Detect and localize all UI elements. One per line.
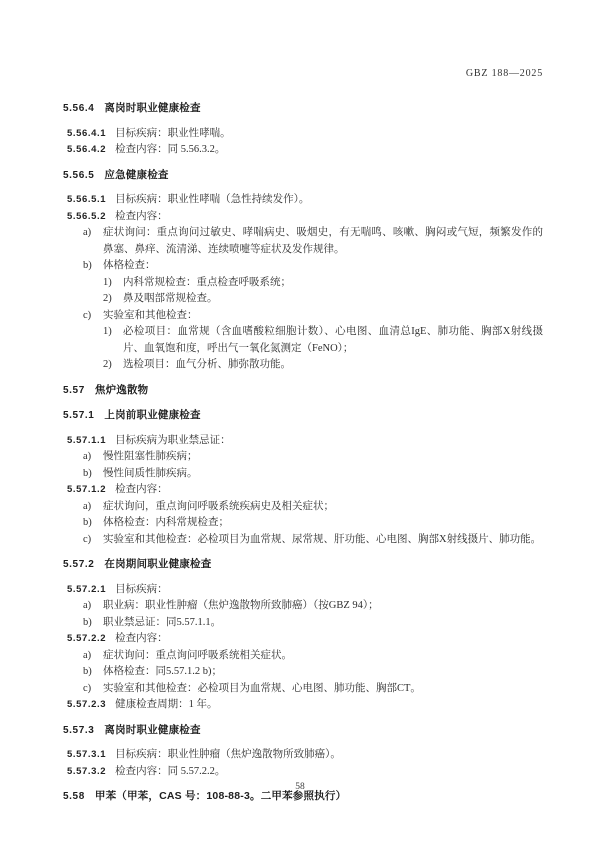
clause-text: 检查内容：同 5.57.2.2。: [115, 766, 225, 777]
clause-number: 5.57.2.3: [67, 699, 106, 710]
item-label: b): [83, 615, 92, 632]
list-item: b)体格检查：内科常规检查；: [83, 515, 543, 532]
section-title: 离岗时职业健康检查: [104, 102, 200, 114]
sub-list-item: 1)内科常规检查：重点检查呼吸系统；: [103, 275, 543, 292]
list-item: c)实验室和其他检查：必检项目为血常规、尿常规、肝功能、心电图、胸部X射线摄片、…: [83, 532, 543, 549]
clause-text: 选检项目：血气分析、肺弥散功能。: [123, 359, 291, 370]
sub-list-item: 2)选检项目：血气分析、肺弥散功能。: [103, 357, 543, 374]
clause-number: 5.56.4: [63, 103, 94, 114]
clause-text: 实验室和其他检查：: [103, 310, 198, 321]
item-label: a): [83, 648, 91, 665]
list-item: b)体格检查：同5.57.1.2 b)；: [83, 664, 543, 681]
clause-text: 目标疾病：职业性哮喘（急性持续发作）。: [115, 194, 309, 205]
item-label: a): [83, 225, 91, 242]
clause-text: 目标疾病：职业性肿瘤（焦炉逸散物所致肺癌）。: [115, 749, 341, 760]
item-label: a): [83, 598, 91, 615]
clause-number: 5.57.3.1: [67, 749, 106, 760]
list-item: a)慢性阻塞性肺疾病；: [83, 449, 543, 466]
section-title: 在岗期间职业健康检查: [104, 558, 211, 570]
clause-line: 5.57.2.2检查内容：: [67, 631, 543, 648]
item-label: c): [83, 532, 91, 549]
clause-number: 5.57.1.2: [67, 484, 106, 495]
clause-text: 检查内容：同 5.56.3.2。: [115, 144, 225, 155]
list-item: b)体格检查：: [83, 258, 543, 275]
clause-text: 慢性间质性肺疾病。: [103, 468, 198, 479]
clause-number: 5.56.4.2: [67, 144, 106, 155]
item-label: 2): [103, 291, 112, 308]
list-item: a)职业病：职业性肿瘤（焦炉逸散物所致肺癌）（按GBZ 94）；: [83, 598, 543, 615]
clause-text: 职业禁忌证：同5.57.1.1。: [103, 617, 221, 628]
item-label: 1): [103, 275, 112, 292]
clause-number: 5.58: [63, 791, 85, 802]
clause-line: 5.57.3.2检查内容：同 5.57.2.2。: [67, 764, 543, 781]
item-label: c): [83, 681, 91, 698]
clause-number: 5.57.1: [63, 410, 94, 421]
clause-text: 目标疾病为职业禁忌证：: [115, 435, 231, 446]
item-label: 1): [103, 324, 112, 341]
clause-line: 5.57.3.1目标疾病：职业性肿瘤（焦炉逸散物所致肺癌）。: [67, 747, 543, 764]
clause-line: 5.56.5.1目标疾病：职业性哮喘（急性持续发作）。: [67, 192, 543, 209]
clause-line: 5.57.2.1目标疾病：: [67, 582, 543, 599]
section-title: 焦炉逸散物: [95, 384, 149, 396]
list-item: c)实验室和其他检查：: [83, 308, 543, 325]
item-label: b): [83, 664, 92, 681]
clause-number: 5.57: [63, 385, 85, 396]
section-heading: 5.57.3离岗时职业健康检查: [63, 722, 543, 740]
section-heading: 5.57.1上岗前职业健康检查: [63, 407, 543, 425]
clause-number: 5.57.1.1: [67, 435, 106, 446]
item-label: 2): [103, 357, 112, 374]
clause-line: 5.57.2.3健康检查周期：1 年。: [67, 697, 543, 714]
clause-text: 职业病：职业性肿瘤（焦炉逸散物所致肺癌）（按GBZ 94）；: [103, 600, 379, 611]
sub-list-item: 1)必检项目：血常规（含血嗜酸粒细胞计数）、心电图、血清总IgE、肺功能、胸部X…: [103, 324, 543, 357]
clause-text: 体格检查：内科常规检查；: [103, 517, 229, 528]
clause-number: 5.57.2: [63, 559, 94, 570]
section-heading: 5.57.2在岗期间职业健康检查: [63, 556, 543, 574]
page-header: GBZ 188—2025: [466, 68, 543, 79]
clause-text: 目标疾病：: [115, 584, 168, 595]
clause-number: 5.56.5.2: [67, 211, 106, 222]
clause-text: 症状询问：重点询问过敏史、哮喘病史、吸烟史，有无喘鸣、咳嗽、胸闷或气短，频繁发作…: [103, 227, 543, 255]
section-title: 离岗时职业健康检查: [104, 724, 200, 736]
clause-text: 必检项目：血常规（含血嗜酸粒细胞计数）、心电图、血清总IgE、肺功能、胸部X射线…: [123, 326, 543, 354]
clause-text: 检查内容：: [115, 633, 168, 644]
page-footer: 58: [0, 782, 600, 792]
clause-text: 检查内容：: [115, 484, 168, 495]
section-heading: 5.56.4离岗时职业健康检查: [63, 100, 543, 118]
list-item: a)症状询问：重点询问过敏史、哮喘病史、吸烟史，有无喘鸣、咳嗽、胸闷或气短，频繁…: [83, 225, 543, 258]
section-heading: 5.57焦炉逸散物: [63, 382, 543, 400]
clause-number: 5.57.2.2: [67, 633, 106, 644]
list-item: a)症状询问，重点询问呼吸系统疾病史及相关症状；: [83, 499, 543, 516]
standard-code: GBZ 188—2025: [466, 68, 543, 79]
clause-text: 目标疾病：职业性哮喘。: [115, 128, 231, 139]
section-heading: 5.56.5应急健康检查: [63, 167, 543, 185]
clause-text: 症状询问，重点询问呼吸系统疾病史及相关症状；: [103, 501, 334, 512]
item-label: b): [83, 466, 92, 483]
item-label: b): [83, 258, 92, 275]
clause-line: 5.57.1.1目标疾病为职业禁忌证：: [67, 433, 543, 450]
clause-number: 5.56.5.1: [67, 194, 106, 205]
clause-text: 检查内容：: [115, 211, 168, 222]
list-item: b)职业禁忌证：同5.57.1.1。: [83, 615, 543, 632]
clause-text: 实验室和其他检查：必检项目为血常规、尿常规、肝功能、心电图、胸部X射线摄片、肺功…: [103, 534, 541, 545]
clause-line: 5.56.4.2检查内容：同 5.56.3.2。: [67, 142, 543, 159]
clause-text: 健康检查周期：1 年。: [115, 699, 217, 710]
clause-line: 5.57.1.2检查内容：: [67, 482, 543, 499]
list-item: a)症状询问：重点询问呼吸系统相关症状。: [83, 648, 543, 665]
clause-line: 5.56.4.1目标疾病：职业性哮喘。: [67, 126, 543, 143]
item-label: a): [83, 499, 91, 516]
clause-text: 体格检查：: [103, 260, 156, 271]
clause-number: 5.57.2.1: [67, 584, 106, 595]
clause-text: 鼻及咽部常规检查。: [123, 293, 218, 304]
item-label: b): [83, 515, 92, 532]
clause-text: 内科常规检查：重点检查呼吸系统；: [123, 277, 291, 288]
clause-number: 5.56.5: [63, 170, 94, 181]
clause-text: 实验室和其他检查：必检项目为血常规、心电图、肺功能、胸部CT。: [103, 683, 421, 694]
clause-number: 5.56.4.1: [67, 128, 106, 139]
list-item: c)实验室和其他检查：必检项目为血常规、心电图、肺功能、胸部CT。: [83, 681, 543, 698]
document-body: 5.56.4离岗时职业健康检查5.56.4.1目标疾病：职业性哮喘。5.56.4…: [63, 92, 543, 814]
clause-line: 5.56.5.2检查内容：: [67, 209, 543, 226]
list-item: b)慢性间质性肺疾病。: [83, 466, 543, 483]
section-title: 上岗前职业健康检查: [104, 409, 200, 421]
clause-text: 体格检查：同5.57.1.2 b)；: [103, 666, 222, 677]
sub-list-item: 2)鼻及咽部常规检查。: [103, 291, 543, 308]
item-label: a): [83, 449, 91, 466]
section-title: 应急健康检查: [104, 169, 168, 181]
clause-text: 症状询问：重点询问呼吸系统相关症状。: [103, 650, 292, 661]
clause-number: 5.57.3: [63, 725, 94, 736]
document-page: GBZ 188—2025 5.56.4离岗时职业健康检查5.56.4.1目标疾病…: [0, 0, 600, 848]
page-number: 58: [295, 782, 305, 792]
clause-number: 5.57.3.2: [67, 766, 106, 777]
clause-text: 慢性阻塞性肺疾病；: [103, 451, 198, 462]
item-label: c): [83, 308, 91, 325]
